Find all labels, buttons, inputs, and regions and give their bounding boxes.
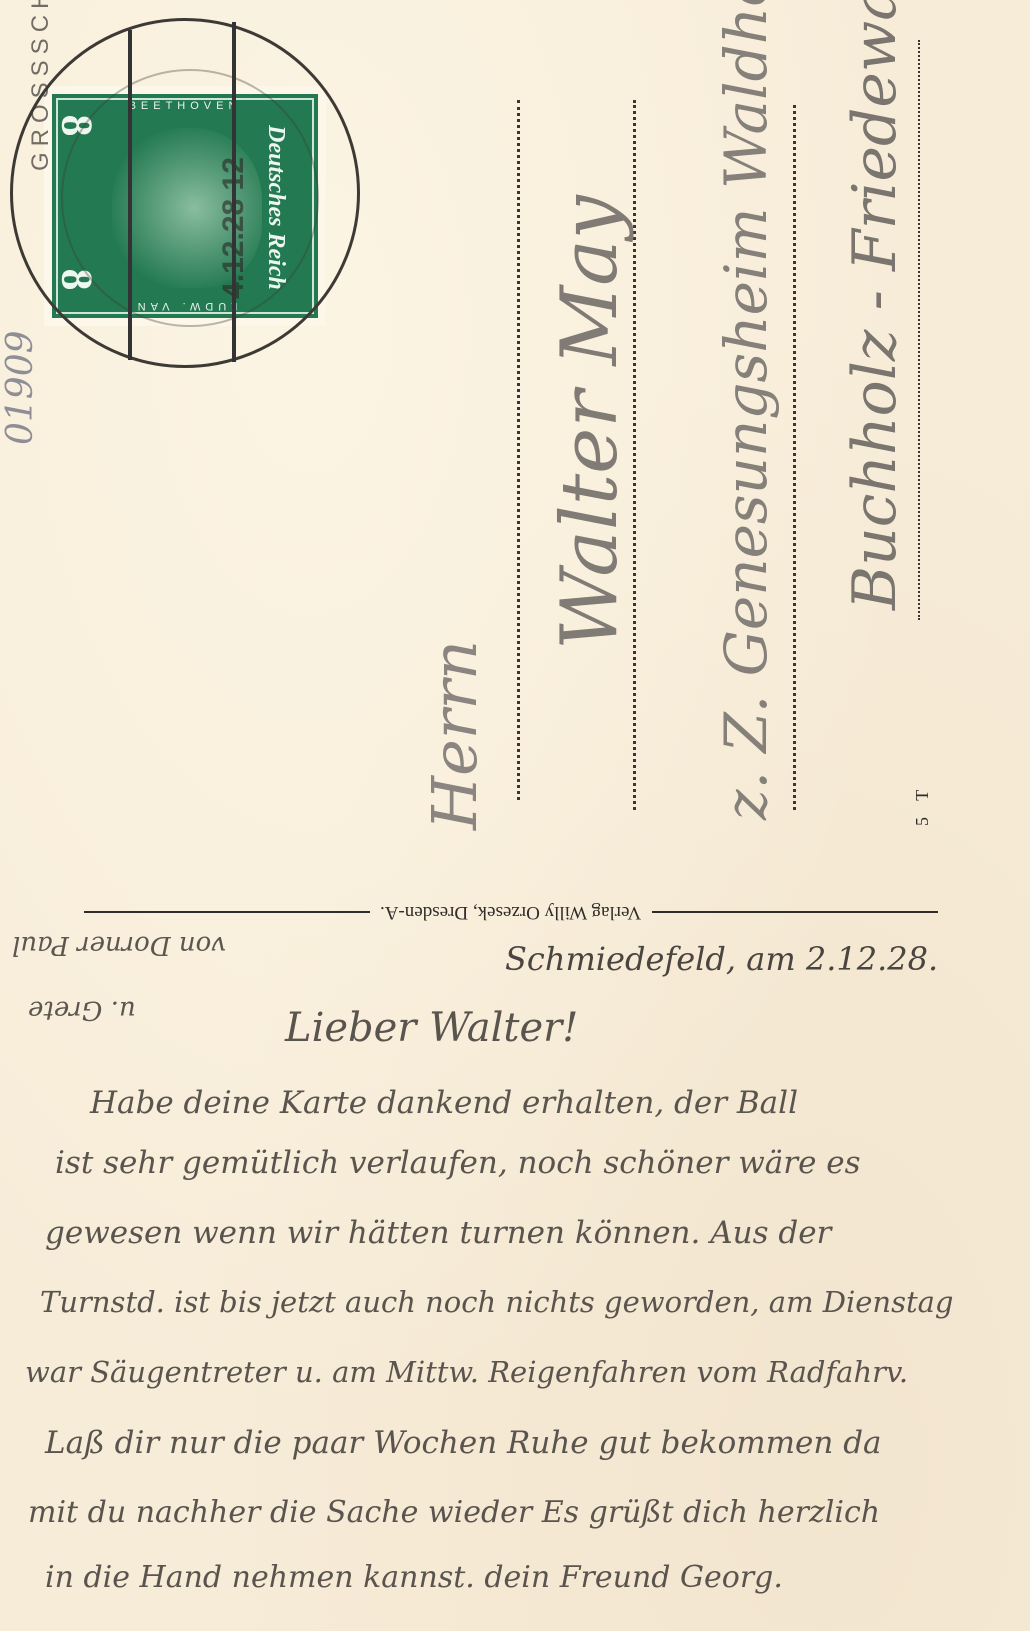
upside-down-note-line-1: von Dorner Paul (12, 930, 226, 960)
message-line: mit du nachher die Sache wieder Es grüßt… (28, 1495, 880, 1530)
message-line: Habe deine Karte dankend erhalten, der B… (90, 1085, 798, 1121)
address-salutation: Herrn (418, 640, 491, 830)
divider (652, 911, 938, 913)
address-street: z. Z. Genesungsheim Waldhof. (712, 0, 780, 820)
message-line: Laß dir nur die paar Wochen Ruhe gut bek… (45, 1425, 882, 1461)
postmark: GROSSSCHÖNAU 4.12.28 12 (10, 18, 360, 368)
postmark-town: GROSSSCHÖNAU (27, 0, 55, 171)
publisher-text: Verlag Willy Orzesek, Dresden-A. (380, 901, 641, 923)
cancel-bar (128, 30, 132, 360)
divider (84, 911, 370, 913)
message-line: Turnstd. ist bis jetzt auch noch nichts … (40, 1285, 954, 1319)
address-city: Buchholz - Friedewald (840, 0, 910, 610)
postmark-inner-ring (61, 69, 319, 327)
message-line: war Säugentreter u. am Mittw. Reigenfahr… (25, 1355, 908, 1389)
message-line: ist sehr gemütlich verlaufen, noch schön… (55, 1145, 861, 1181)
pencil-archive-number: 01909 (0, 330, 41, 445)
print-code: 5 T (912, 784, 933, 826)
address-line-1 (517, 100, 520, 800)
publisher-line: Verlag Willy Orzesek, Dresden-A. (84, 900, 938, 924)
place-date: Schmiedefeld, am 2.12.28. (505, 940, 938, 978)
address-line-4 (918, 40, 920, 620)
address-name: Walter May (545, 195, 635, 650)
cancel-bar (232, 22, 236, 362)
upside-down-note-line-2: u. Grete (28, 995, 136, 1025)
postcard-back: BEETHOVEN LUDW. VAN 8 8 Deutsches Reich … (0, 0, 1030, 1631)
address-line-3 (793, 105, 796, 810)
greeting: Lieber Walter! (285, 1005, 578, 1051)
message-line: in die Hand nehmen kannst. dein Freund G… (45, 1560, 783, 1595)
message-line: gewesen wenn wir hätten turnen können. A… (45, 1215, 831, 1251)
